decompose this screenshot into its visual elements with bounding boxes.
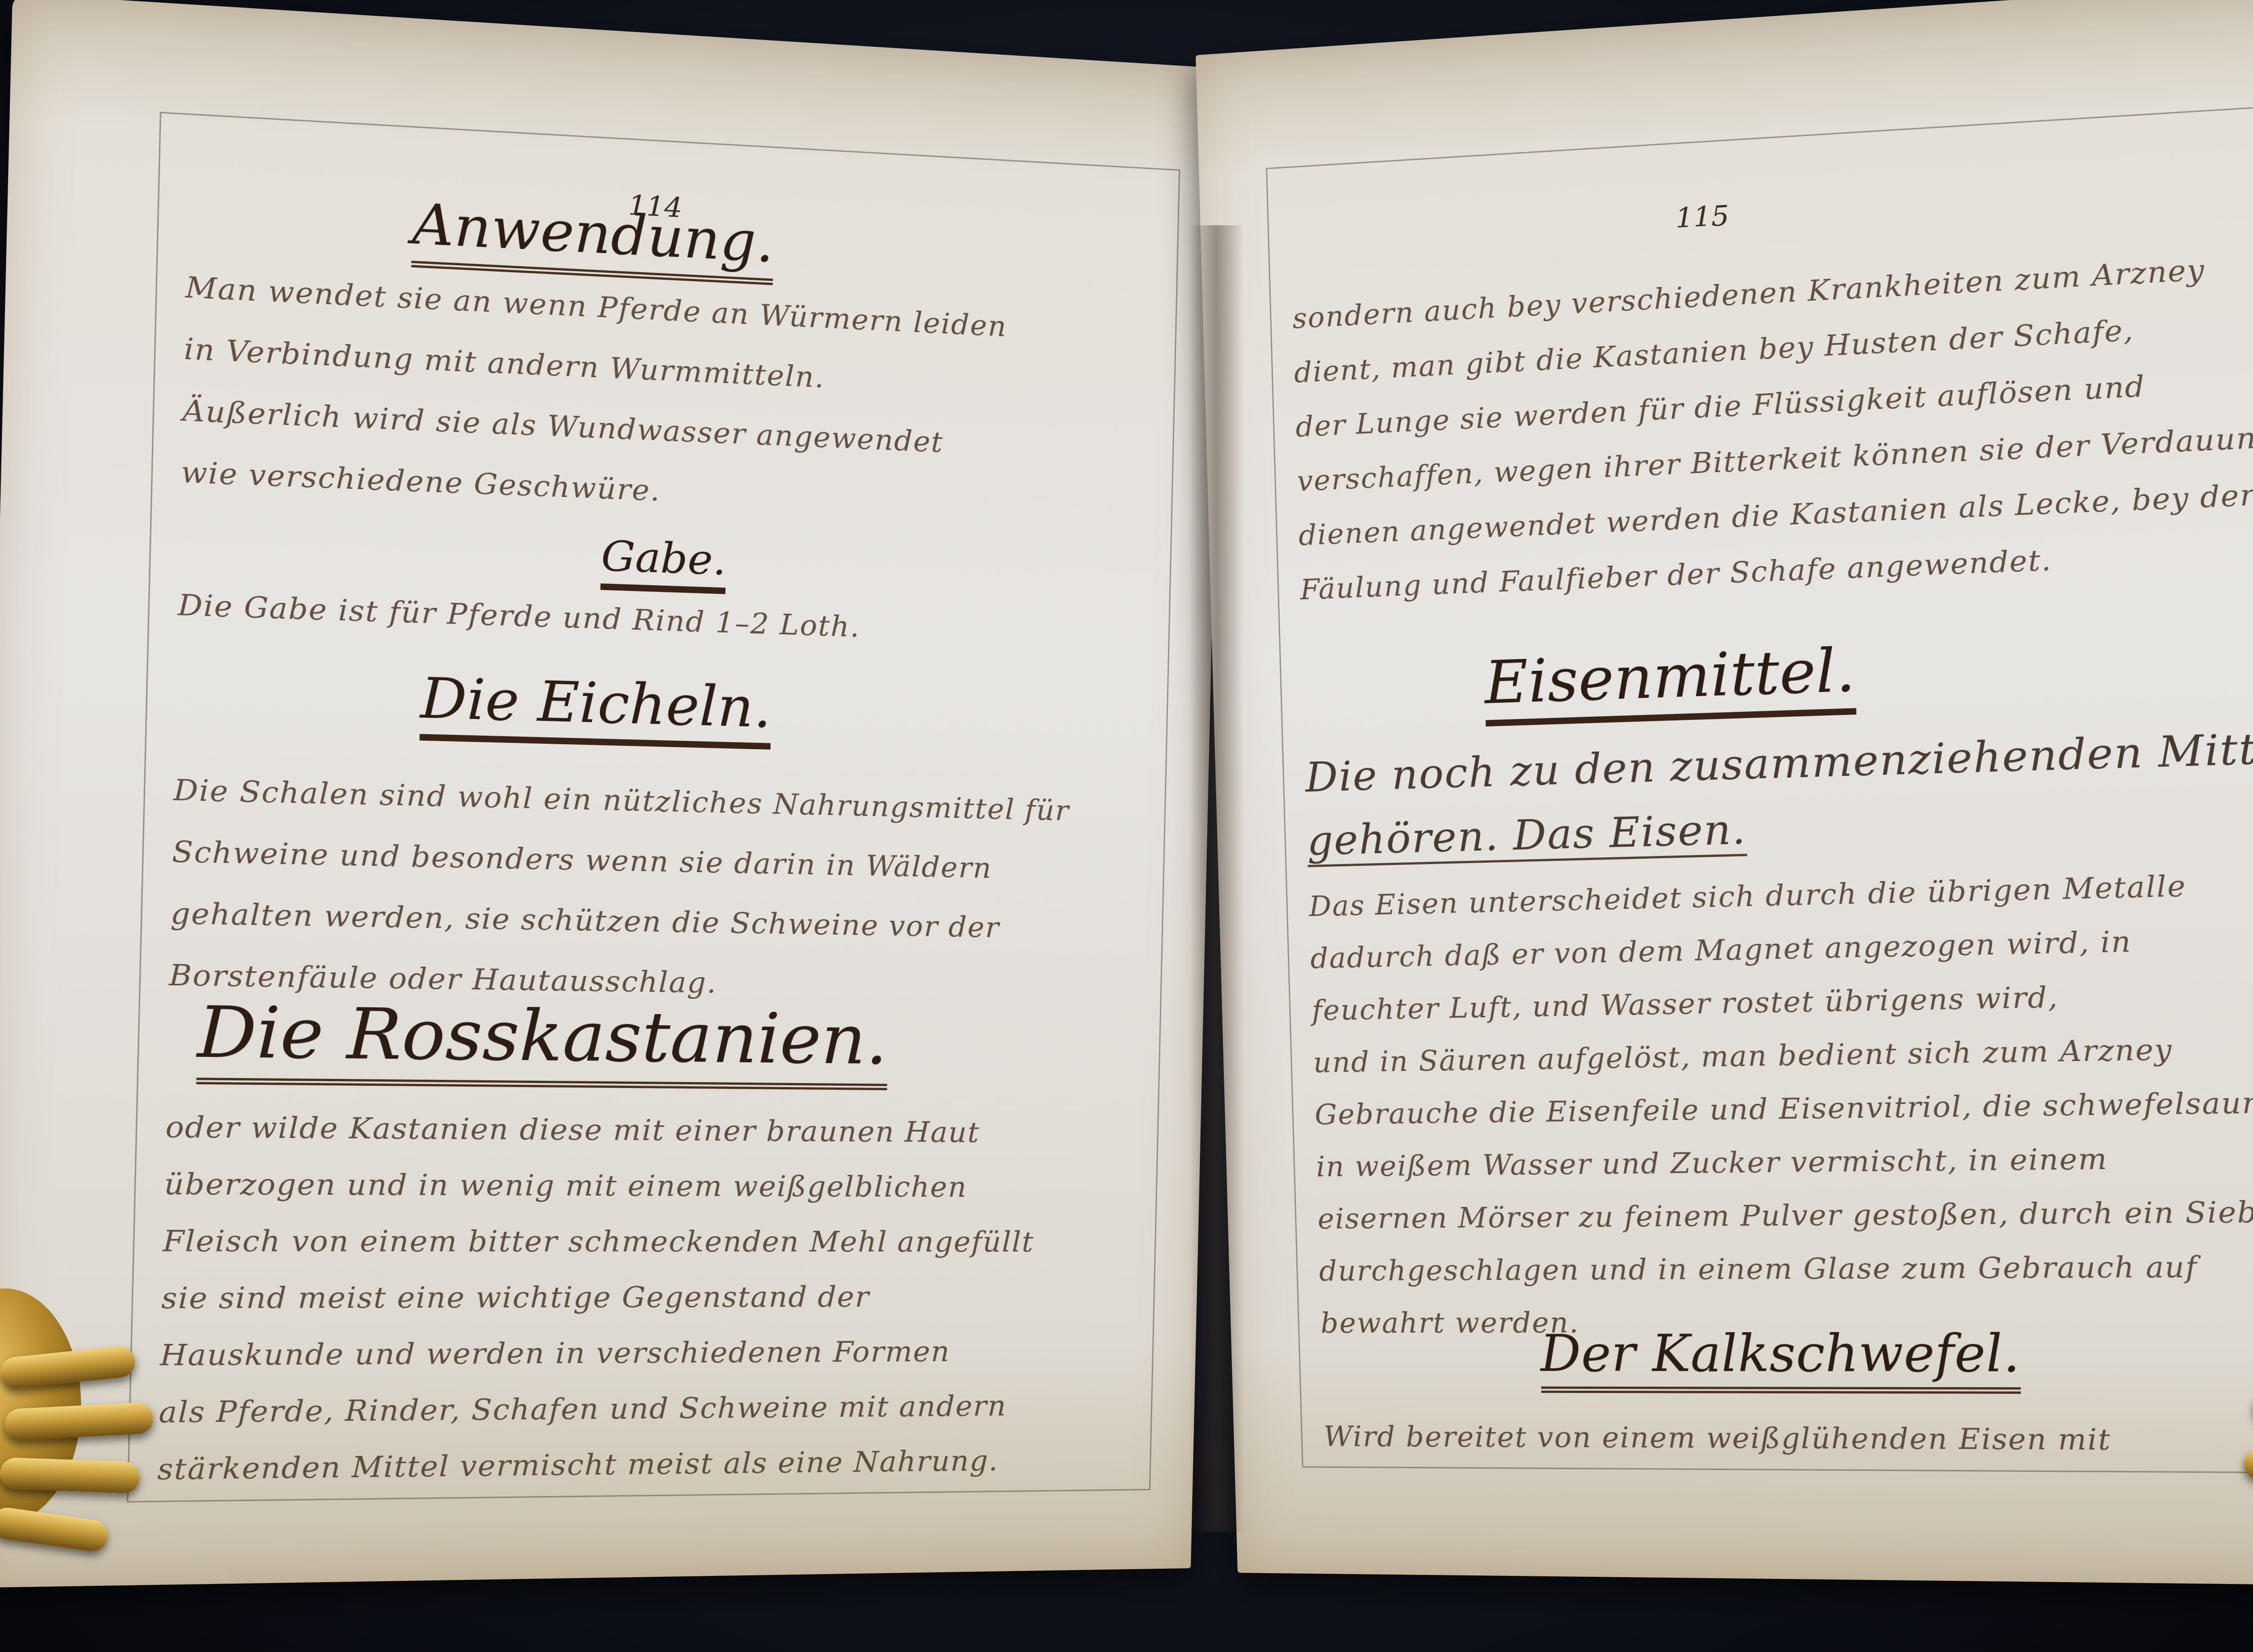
heading-der-kalkschwefel: Der Kalkschwefel.: [1539, 1324, 2020, 1394]
text-line: Hauskunde und werden in verschiedenen Fo…: [160, 1335, 950, 1373]
book-gutter-shadow: [1190, 225, 1244, 1532]
text-line: überzogen und in wenig mit einem weißgel…: [164, 1167, 967, 1204]
right-page-number: 115: [1675, 200, 1729, 235]
text-line: Fleisch von einem bitter schmeckenden Me…: [162, 1224, 1034, 1258]
text-line: Wird bereitet von einem weißglühenden Ei…: [1323, 1420, 2112, 1456]
text-line: durchgeschlagen und in einem Glase zum G…: [1318, 1250, 2198, 1288]
text-line: eisernen Mörser zu feinem Pulver gestoße…: [1317, 1195, 2253, 1235]
text-line: sie sind meist eine wichtige Gegenstand …: [161, 1280, 870, 1315]
heading-die-eicheln: Die Eicheln.: [420, 666, 772, 750]
heading-die-rosskastanien: Die Rosskastanien.: [196, 992, 889, 1090]
right-golden-hand-support: [2244, 1194, 2253, 1577]
left-page: 114 Anwendung. Man wendet sie an wenn Pf…: [0, 0, 1224, 1588]
heading-eisenmittel: Eisenmittel.: [1484, 635, 1856, 727]
heading-gabe: Gabe.: [600, 532, 726, 594]
left-golden-hand-support: [0, 1216, 162, 1577]
right-page: 115 sondern auch bey verschiedenen Krank…: [1195, 0, 2253, 1586]
open-manuscript-book: 114 Anwendung. Man wendet sie an wenn Pf…: [0, 0, 2253, 1652]
text-line: oder wilde Kastanien diese mit einer bra…: [165, 1110, 980, 1149]
